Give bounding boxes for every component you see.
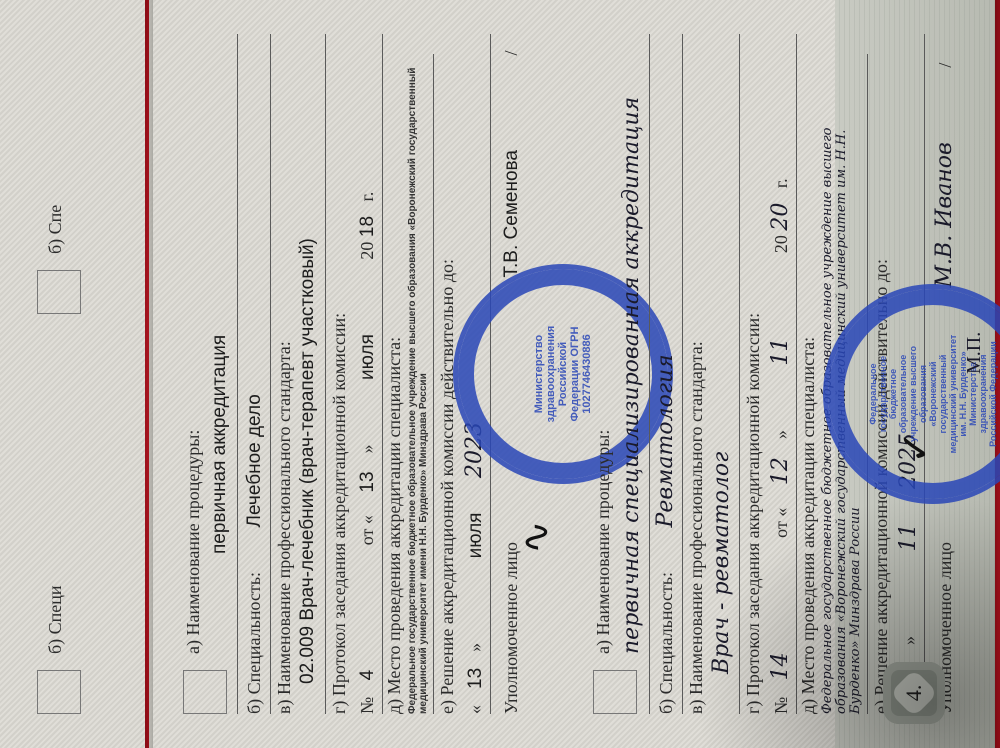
- decision-month-2: 11: [896, 524, 921, 552]
- procedure-label: а) Наименование процедуры:: [183, 34, 209, 714]
- standard-value-2: Врач - ревматолог: [709, 34, 740, 714]
- checkbox-prev-1: [37, 670, 81, 714]
- protocol-no-label: №: [357, 697, 377, 714]
- checkbox-prev-2: [37, 270, 81, 314]
- from-label: от «: [357, 515, 377, 545]
- prev-specialty-label: б) Специ: [45, 585, 66, 654]
- page-number: 4.: [901, 685, 927, 702]
- page-number-badge: 4.: [883, 662, 945, 724]
- protocol-year: 18: [357, 216, 378, 237]
- entry-1: а) Наименование процедуры: первичная акк…: [183, 34, 531, 714]
- procedure-label-2: а) Наименование процедуры:: [593, 34, 619, 714]
- specialty-label: б) Специальность:: [244, 572, 264, 714]
- authorized-name: Т.В. Семенова: [501, 150, 522, 277]
- place-label: д) Место проведения аккредитации специал…: [384, 337, 404, 714]
- protocol-day: 13: [357, 471, 378, 492]
- authorized-name-2: М.В. Иванов: [932, 142, 957, 287]
- year-unit: г.: [357, 192, 377, 202]
- specialty-label-2: б) Специальность:: [656, 572, 676, 714]
- protocol-day-2: 12: [768, 457, 793, 485]
- stamp-mp-label: М.П.: [963, 332, 986, 374]
- year-unit-2: г.: [771, 178, 791, 188]
- protocol-month-2: 11: [768, 338, 793, 366]
- specialty-value-2: Ревматология: [653, 354, 678, 527]
- standard-value: 02.009 Врач-лечебник (врач-терапевт учас…: [297, 34, 326, 714]
- entry-2: а) Наименование процедуры: первичная спе…: [593, 34, 965, 714]
- protocol-label-2: г) Протокол заседания аккредитационной к…: [740, 34, 766, 714]
- decision-day: 13: [465, 668, 486, 689]
- signature-1: ∿: [513, 520, 559, 554]
- place-value: Федеральное государственное бюджетное об…: [405, 54, 434, 714]
- main-page: а) Наименование процедуры: первичная акк…: [153, 0, 995, 748]
- previous-page-fragment: б) Специ б) Спе: [0, 0, 145, 748]
- protocol-no-2: 14: [768, 652, 793, 680]
- protocol-no-label-2: №: [771, 697, 791, 714]
- authorized-label: Уполномоченное лицо: [501, 542, 521, 714]
- decision-month: июля: [465, 513, 486, 559]
- protocol-year-2: 20: [768, 203, 793, 231]
- signature-2: ✓: [893, 430, 939, 464]
- protocol-no: 4: [357, 670, 378, 681]
- procedure-value-2: первичная специализированная аккредитаци…: [619, 34, 650, 714]
- prev2-specialty-label: б) Спе: [45, 205, 66, 254]
- year-prefix-2: 20: [771, 235, 791, 253]
- from-label-2: от «: [771, 508, 791, 538]
- standard-label: в) Наименование профессионального станда…: [271, 34, 297, 714]
- year-prefix: 20: [357, 242, 377, 260]
- accreditation-document: б) Специ б) Спе а) Наименование процедур…: [35, 0, 965, 748]
- protocol-month: июля: [357, 334, 378, 380]
- protocol-label: г) Протокол заседания аккредитационной к…: [326, 34, 352, 714]
- standard-label-2: в) Наименование профессионального станда…: [683, 34, 709, 714]
- procedure-value: первичная аккредитация: [209, 34, 238, 714]
- place-label-2: д) Место проведения аккредитации специал…: [798, 337, 818, 714]
- specialty-value: Лечебное дело: [244, 394, 265, 527]
